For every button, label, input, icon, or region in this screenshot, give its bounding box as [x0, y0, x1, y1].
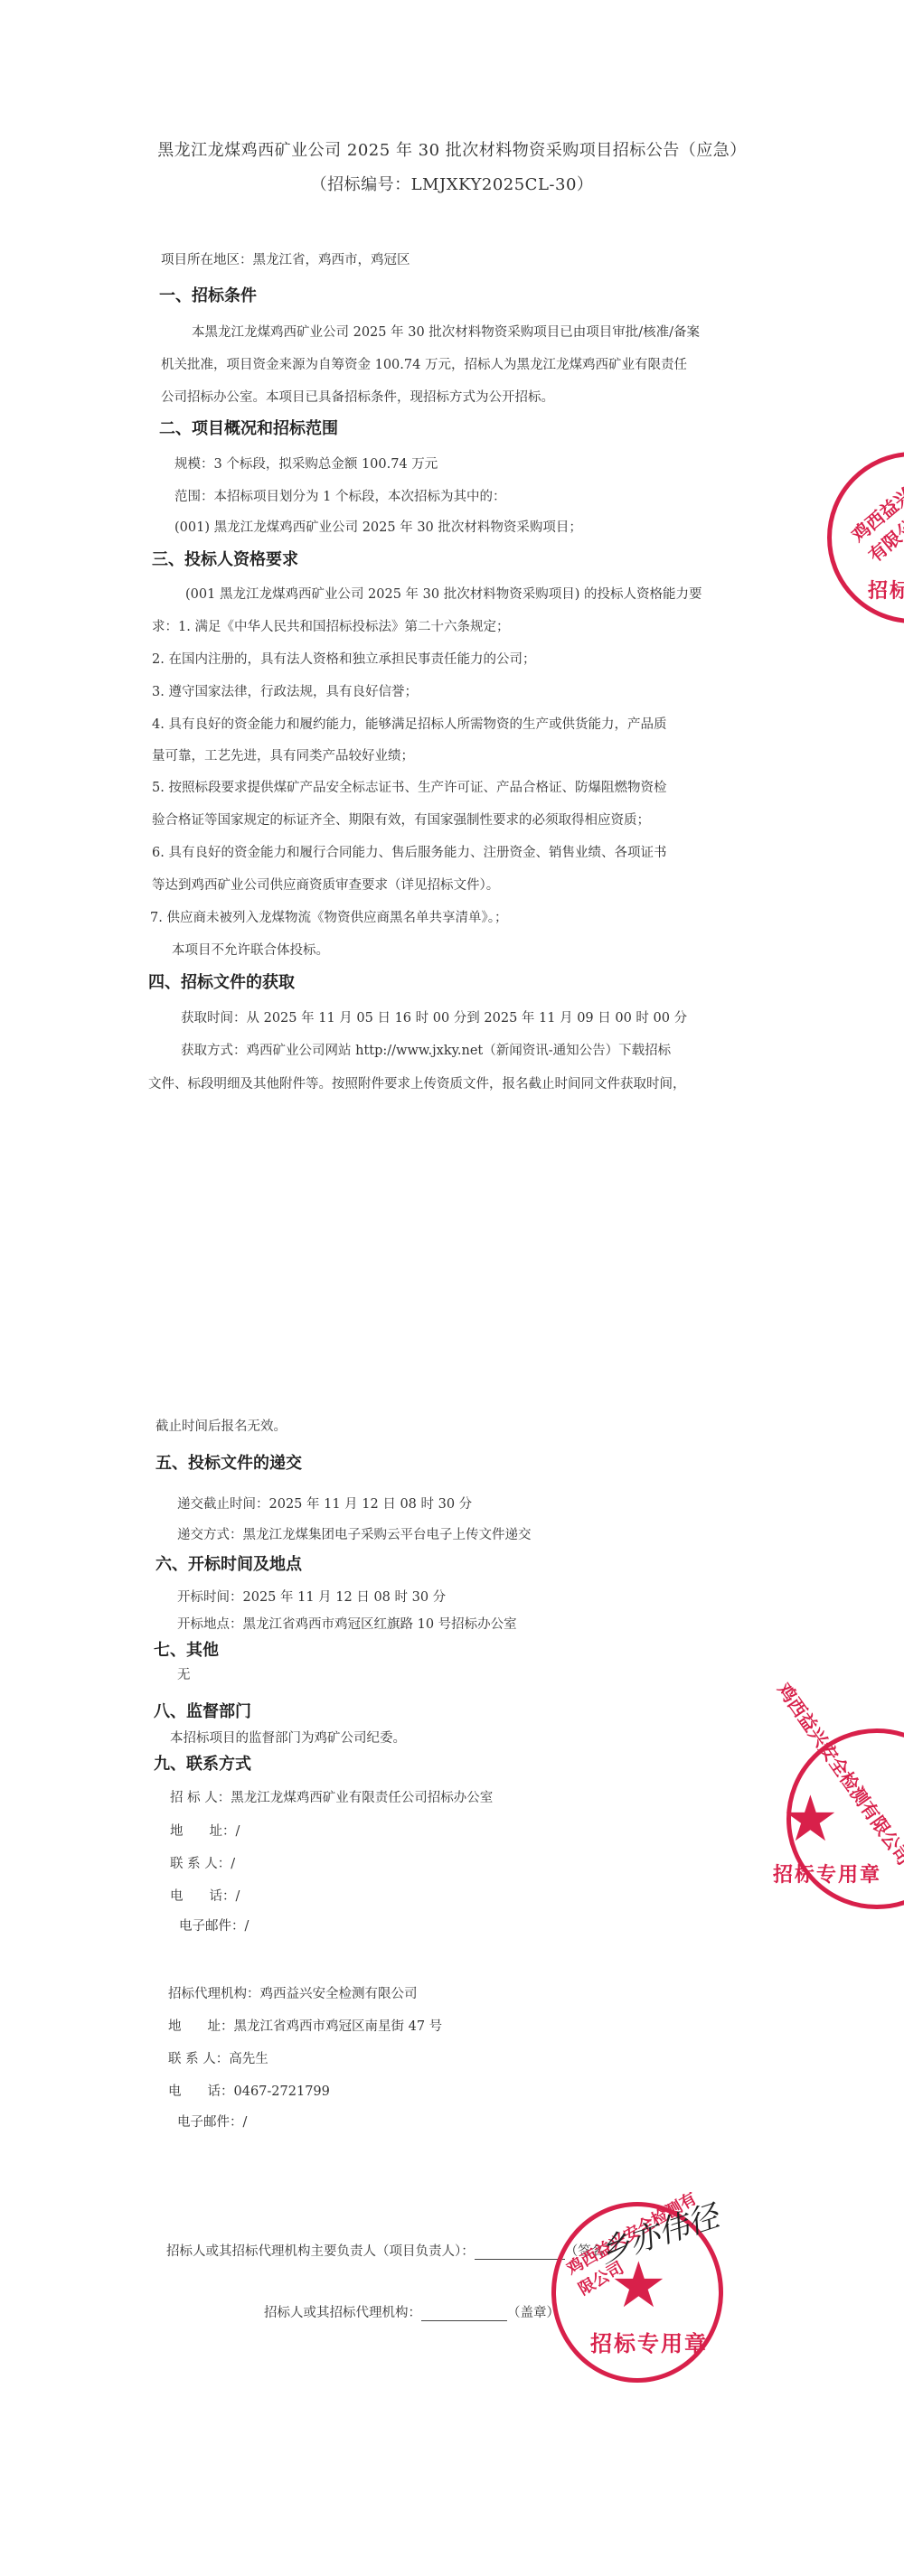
section-heading-3: 三、投标人资格要求: [152, 547, 298, 570]
official-seal-stamp: ★ 鸡西益兴安全检测有限公司 招标专用章: [827, 452, 904, 623]
section-3-line: 量可靠，工艺先进，具有同类产品较好业绩；: [152, 745, 414, 764]
section-5-line: 递交方式：黑龙江龙煤集团电子采购云平台电子上传文件递交: [177, 1524, 532, 1543]
contact-value: /: [245, 1919, 250, 1934]
agency-value: 鸡西益兴安全检测有限公司: [260, 1987, 418, 2001]
section-2-line: 规模：3 个标段，拟采购总金额 100.74 万元: [174, 454, 438, 473]
agency-value: 0467-2721799: [234, 2084, 330, 2099]
section-heading-6: 六、开标时间及地点: [155, 1551, 302, 1575]
agency-seal-label: 招标人或其招标代理机构：: [264, 2306, 421, 2320]
section-heading-5: 五、投标文件的递交: [155, 1450, 302, 1474]
agency-seal-suffix: （盖章）: [507, 2306, 560, 2320]
star-icon: ★: [782, 1787, 839, 1850]
section-6-line: 开标时间：2025 年 11 月 12 日 08 时 30 分: [177, 1587, 446, 1606]
seal-bottom-text: 招标专用章: [773, 1859, 881, 1888]
contact-address-row: 地 址：/: [170, 1821, 240, 1840]
section-2-line: 范围：本招标项目划分为 1 个标段，本次招标为其中的：: [174, 486, 505, 505]
agency-email-row: 电子邮件：/: [177, 2112, 247, 2131]
agency-label: 招标代理机构：: [168, 1983, 260, 2002]
section-4-line: 截止时间后报名无效。: [155, 1416, 287, 1435]
section-3-line: 4. 具有良好的资金能力和履约能力，能够满足招标人所需物资的生产或供货能力，产品…: [152, 714, 666, 733]
section-6-line: 开标地点：黑龙江省鸡西市鸡冠区红旗路 10 号招标办公室: [177, 1614, 517, 1633]
contact-label: 电 话：: [170, 1886, 236, 1905]
section-3-line: 本项目不允许联合体投标。: [172, 940, 329, 959]
agency-value: 黑龙江省鸡西市鸡冠区南星街 47 号: [234, 2019, 443, 2034]
agency-label: 电子邮件：: [177, 2112, 243, 2131]
section-3-line: 求：1. 满足《中华人民共和国招标投标法》第二十六条规定；: [152, 616, 509, 635]
agency-label: 地 址：: [168, 2016, 234, 2035]
seal-bottom-text: 招标专用章: [868, 576, 904, 604]
section-heading-9: 九、联系方式: [154, 1751, 251, 1775]
section-4-line: 获取方式：鸡西矿业公司网站 http://www.jxky.net（新闻资讯-通…: [181, 1040, 671, 1059]
contact-email-row: 电子邮件：/: [179, 1916, 249, 1934]
section-3-line: 6. 具有良好的资金能力和履行合同能力、售后服务能力、注册资金、销售业绩、各项证…: [152, 842, 666, 861]
principal-label: 招标人或其招标代理机构主要负责人（项目负责人）：: [166, 2244, 475, 2259]
section-1-line: 公司招标办公室。本项目已具备招标条件，现招标方式为公开招标。: [161, 387, 554, 406]
contact-value: /: [231, 1857, 235, 1871]
section-heading-4: 四、招标文件的获取: [148, 970, 295, 993]
section-4-line: 文件、标段明细及其他附件等。按照附件要求上传资质文件，报名截止时间同文件获取时间…: [148, 1073, 686, 1092]
section-heading-1: 一、招标条件: [159, 283, 257, 306]
agency-seal-row: 招标人或其招标代理机构：（盖章）: [264, 2302, 560, 2321]
section-3-line: 7. 供应商未被列入龙煤物流《物资供应商黑名单共享清单》。；: [150, 907, 507, 926]
contact-value: 黑龙江龙煤鸡西矿业有限责任公司招标办公室: [231, 1791, 493, 1805]
tender-number: （招标编号：LMJXKY2025CL-30）: [0, 172, 904, 195]
contact-tenderer-row: 招 标 人：黑龙江龙煤鸡西矿业有限责任公司招标办公室: [170, 1787, 493, 1806]
agency-address-row: 地 址：黑龙江省鸡西市鸡冠区南星街 47 号: [168, 2016, 442, 2035]
contact-label: 地 址：: [170, 1821, 236, 1840]
section-3-line: (001 黑龙江龙煤鸡西矿业公司 2025 年 30 批次材料物资采购项目) 的…: [185, 584, 702, 603]
section-heading-2: 二、项目概况和招标范围: [159, 416, 338, 439]
seal-bottom-text: 招标专用章: [590, 2326, 708, 2357]
section-3-line: 2. 在国内注册的，具有法人资格和独立承担民事责任能力的公司；: [152, 649, 535, 668]
contact-label: 联 系 人：: [170, 1853, 231, 1872]
agency-phone-row: 电 话：0467-2721799: [168, 2081, 330, 2100]
section-3-line: 5. 按照标段要求提供煤矿产品安全标志证书、生产许可证、产品合格证、防爆阻燃物资…: [152, 777, 666, 796]
agency-contact-row: 联 系 人：高先生: [168, 2048, 268, 2067]
section-heading-7: 七、其他: [154, 1637, 219, 1661]
agency-value: /: [243, 2115, 248, 2130]
section-7-line: 无: [177, 1664, 191, 1683]
section-5-line: 递交截止时间：2025 年 11 月 12 日 08 时 30 分: [177, 1494, 472, 1513]
project-region: 项目所在地区：黑龙江省，鸡西市，鸡冠区: [161, 249, 410, 268]
signature-line: [475, 2243, 565, 2260]
contact-value: /: [236, 1889, 240, 1904]
contact-person-row: 联 系 人：/: [170, 1853, 235, 1872]
section-heading-8: 八、监督部门: [154, 1699, 251, 1722]
section-8-line: 本招标项目的监督部门为鸡矿公司纪委。: [170, 1728, 406, 1747]
section-4-line: 获取时间：从 2025 年 11 月 05 日 16 时 00 分到 2025 …: [181, 1007, 687, 1026]
agency-name-row: 招标代理机构：鸡西益兴安全检测有限公司: [168, 1983, 418, 2002]
seal-line: [421, 2304, 507, 2321]
agency-value: 高先生: [229, 2052, 268, 2066]
agency-label: 联 系 人：: [168, 2048, 229, 2067]
agency-label: 电 话：: [168, 2081, 234, 2100]
contact-label: 电子邮件：: [179, 1916, 245, 1934]
section-2-line: (001) 黑龙江龙煤鸡西矿业公司 2025 年 30 批次材料物资采购项目；: [174, 517, 582, 536]
seal-ring-text: 鸡西益兴安全检测有限公司: [845, 430, 904, 567]
official-seal-stamp: ★ 鸡西益兴安全检测有限公司 招标专用章: [786, 1728, 904, 1909]
contact-phone-row: 电 话：/: [170, 1886, 240, 1905]
section-3-line: 3. 遵守国家法律，行政法规，具有良好信誉；: [152, 681, 418, 700]
section-3-line: 验合格证等国家规定的标证齐全、期限有效，有国家强制性要求的必须取得相应资质；: [152, 810, 650, 829]
contact-value: /: [236, 1824, 240, 1839]
principal-signature-row: 招标人或其招标代理机构主要负责人（项目负责人）：（签名）: [166, 2241, 617, 2260]
document-title: 黑龙江龙煤鸡西矿业公司 2025 年 30 批次材料物资采购项目招标公告（应急）: [0, 137, 904, 161]
contact-label: 招 标 人：: [170, 1787, 231, 1806]
section-1-line: 本黑龙江龙煤鸡西矿业公司 2025 年 30 批次材料物资采购项目已由项目审批/…: [192, 322, 700, 341]
section-1-line: 机关批准，项目资金来源为自筹资金 100.74 万元，招标人为黑龙江龙煤鸡西矿业…: [161, 354, 687, 373]
section-3-line: 等达到鸡西矿业公司供应商资质审查要求（详见招标文件）。: [152, 875, 499, 894]
